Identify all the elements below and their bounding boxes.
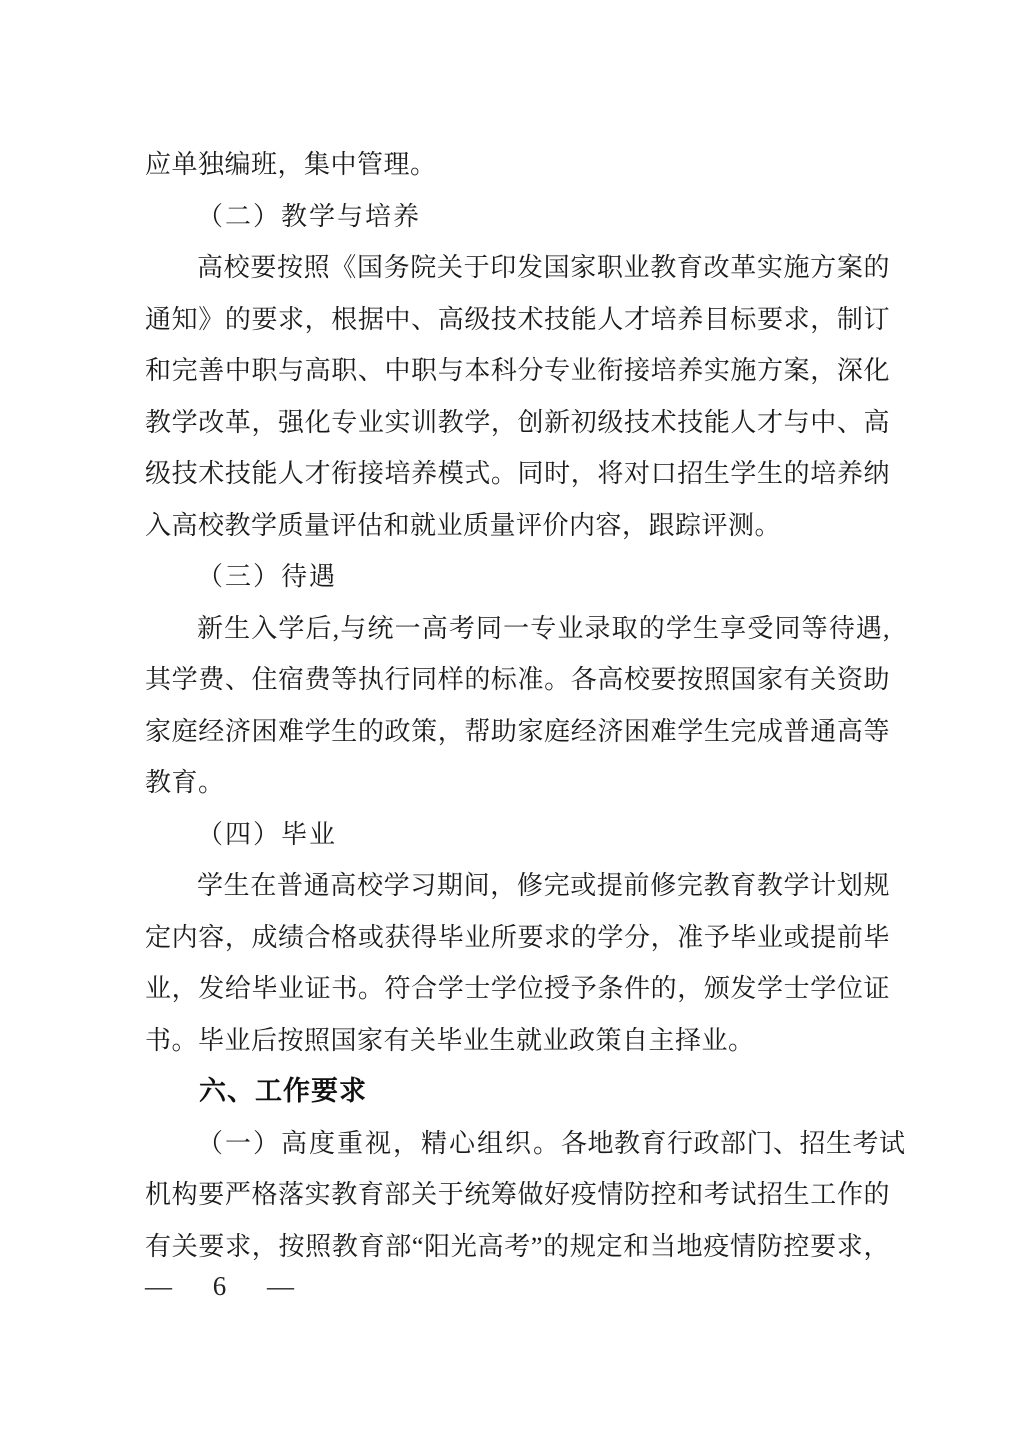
paragraph-line: （一）高度重视，精心组织。各地教育行政部门、招生考试 bbox=[145, 1118, 890, 1170]
paragraph-line: 其学费、住宿费等执行同样的标准。各高校要按照国家有关资助 bbox=[145, 654, 890, 706]
document-text-block: 应单独编班，集中管理。 （二）教学与培养 高校要按照《国务院关于印发国家职业教育… bbox=[145, 139, 890, 1272]
paragraph-line: 家庭经济困难学生的政策，帮助家庭经济困难学生完成普通高等 bbox=[145, 706, 890, 758]
paragraph-line: 机构要严格落实教育部关于统筹做好疫情防控和考试招生工作的 bbox=[145, 1169, 890, 1221]
inline-kai-lead: （一）高度重视，精心组织。 bbox=[197, 1129, 561, 1158]
paragraph-line: 入高校教学质量评估和就业质量评价内容，跟踪评测。 bbox=[145, 500, 890, 552]
paragraph-line: 通知》的要求，根据中、高级技术技能人才培养目标要求，制订 bbox=[145, 294, 890, 346]
paragraph-line: 有关要求，按照教育部“阳光高考”的规定和当地疫情防控要求， bbox=[145, 1221, 890, 1273]
page-number: — 6 — bbox=[145, 1266, 294, 1306]
paragraph-line: 教学改革，强化专业实训教学，创新初级技术技能人才与中、高 bbox=[145, 397, 890, 449]
paragraph-line: 教育。 bbox=[145, 757, 890, 809]
paragraph-line: 书。毕业后按照国家有关毕业生就业政策自主择业。 bbox=[145, 1015, 890, 1067]
heading-chapter-6: 六、工作要求 bbox=[145, 1066, 890, 1118]
document-page: 应单独编班，集中管理。 （二）教学与培养 高校要按照《国务院关于印发国家职业教育… bbox=[0, 0, 1024, 1448]
paragraph-line: 高校要按照《国务院关于印发国家职业教育改革实施方案的 bbox=[145, 242, 890, 294]
paragraph-line: 新生入学后,与统一高考同一专业录取的学生享受同等待遇, bbox=[145, 603, 890, 655]
paragraph-line: 学生在普通高校学习期间，修完或提前修完教育教学计划规 bbox=[145, 860, 890, 912]
heading-section-4: （四）毕业 bbox=[145, 809, 890, 861]
heading-section-3: （三）待遇 bbox=[145, 551, 890, 603]
inline-body-text: 各地教育行政部门、招生考试 bbox=[561, 1129, 906, 1158]
heading-section-2: （二）教学与培养 bbox=[145, 191, 890, 243]
paragraph-line: 级技术技能人才衔接培养模式。同时，将对口招生学生的培养纳 bbox=[145, 448, 890, 500]
paragraph-line: 定内容，成绩合格或获得毕业所要求的学分，准予毕业或提前毕 bbox=[145, 912, 890, 964]
paragraph-line: 业，发给毕业证书。符合学士学位授予条件的，颁发学士学位证 bbox=[145, 963, 890, 1015]
paragraph-line: 应单独编班，集中管理。 bbox=[145, 139, 890, 191]
paragraph-line: 和完善中职与高职、中职与本科分专业衔接培养实施方案，深化 bbox=[145, 345, 890, 397]
